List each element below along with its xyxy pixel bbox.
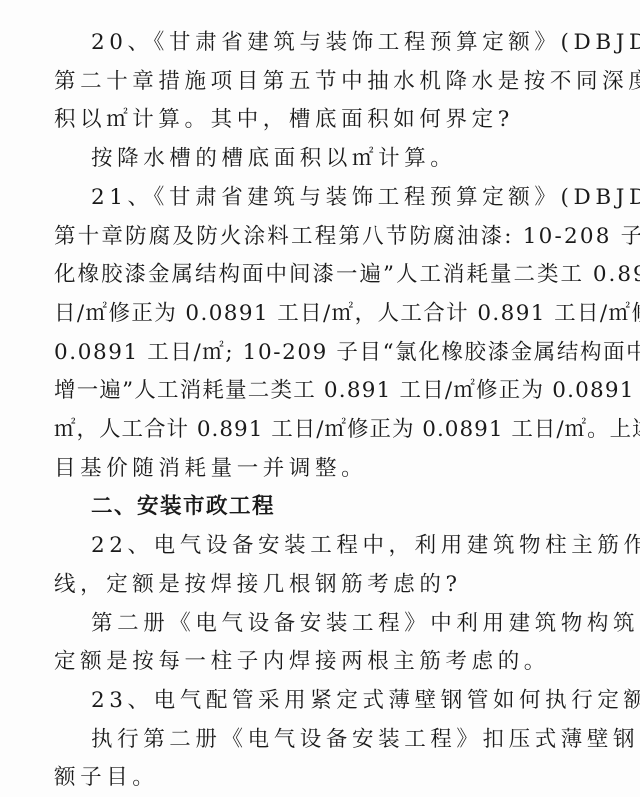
section-heading: 二、安装市政工程: [54, 488, 580, 527]
text-line: 积以㎡计算。其中，槽底面积如何界定?: [17, 101, 580, 140]
text-line: 22、电气设备安装工程中，利用建筑物柱主筋作为避雷引下: [54, 527, 580, 566]
text-line: 额子目。: [17, 759, 580, 797]
text-line: 执行第二册《电气设备安装工程》扣压式薄壁钢导管敷设定: [54, 721, 580, 760]
text-line: 23、电气配管采用紧定式薄壁钢管如何执行定额?: [54, 682, 580, 721]
text-line: 第二十章措施项目第五节中抽水机降水是按不同深度的槽底面: [17, 63, 580, 102]
text-line: 20、《甘肃省建筑与装饰工程预算定额》(DBJD25-44-2013): [54, 24, 580, 63]
text-line: ㎡，人工合计 0.891 工日/㎡修正为 0.0891 工日/㎡。上述两子: [17, 411, 580, 450]
text-line: 定额是按每一柱子内焊接两根主筋考虑的。: [17, 643, 580, 682]
text-line: 第十章防腐及防火涂料工程第八节防腐油漆: 10-208 子目“氯: [17, 218, 580, 257]
text-line: 按降水槽的槽底面积以㎡计算。: [54, 140, 580, 179]
text-line: 第二册《电气设备安装工程》中利用建筑物构筑物主筋引下: [54, 605, 580, 644]
text-line: 线，定额是按焊接几根钢筋考虑的?: [17, 566, 580, 605]
question-23: 23、电气配管采用紧定式薄壁钢管如何执行定额?: [54, 682, 580, 721]
document-page: 20、《甘肃省建筑与装饰工程预算定额》(DBJD25-44-2013) 第二十章…: [54, 24, 580, 797]
question-20: 20、《甘肃省建筑与装饰工程预算定额》(DBJD25-44-2013) 第二十章…: [54, 24, 580, 140]
text-line: 日/㎡修正为 0.0891 工日/㎡，人工合计 0.891 工日/㎡修正为: [17, 295, 580, 334]
text-line: 目基价随消耗量一并调整。: [17, 450, 580, 489]
question-22: 22、电气设备安装工程中，利用建筑物柱主筋作为避雷引下 线，定额是按焊接几根钢筋…: [54, 527, 580, 604]
answer-20: 按降水槽的槽底面积以㎡计算。: [54, 140, 580, 179]
text-line: 21、《甘肃省建筑与装饰工程预算定额》(DBJD25-44-2013): [54, 179, 580, 218]
heading-text: 二、安装市政工程: [54, 488, 580, 527]
answer-22: 第二册《电气设备安装工程》中利用建筑物构筑物主筋引下 定额是按每一柱子内焊接两根…: [54, 605, 580, 682]
text-line: 化橡胶漆金属结构面中间漆一遍”人工消耗量二类工 0.891 工: [17, 256, 580, 295]
text-line: 增一遍”人工消耗量二类工 0.891 工日/㎡修正为 0.0891 工日/: [17, 372, 580, 411]
text-line: 0.0891 工日/㎡; 10-209 子目“氯化橡胶漆金属结构面中间漆每: [17, 334, 580, 373]
question-21: 21、《甘肃省建筑与装饰工程预算定额》(DBJD25-44-2013) 第十章防…: [54, 179, 580, 489]
answer-23: 执行第二册《电气设备安装工程》扣压式薄壁钢导管敷设定 额子目。: [54, 721, 580, 797]
